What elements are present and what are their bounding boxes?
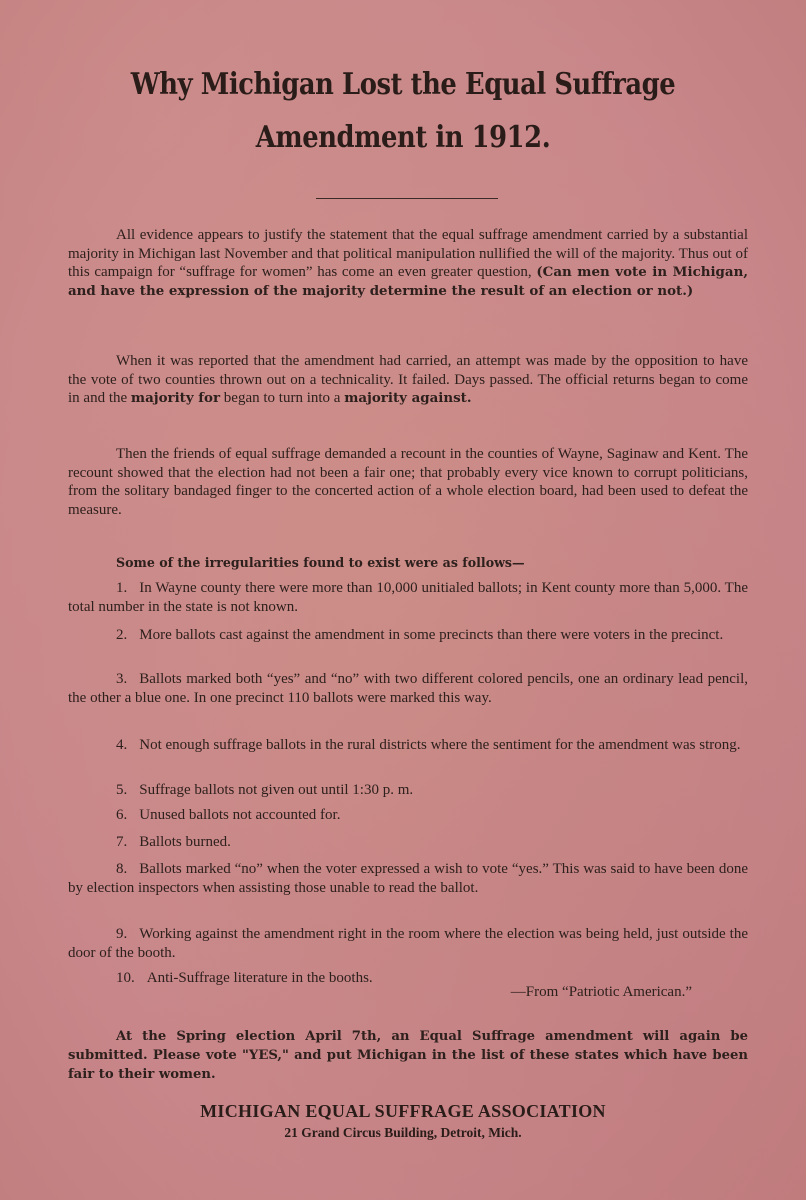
irregularity-number: 6. xyxy=(116,807,127,823)
irregularity-item: 7.Ballots burned. xyxy=(68,833,748,852)
irregularity-text: Working against the amendment right in t… xyxy=(68,926,748,961)
irregularity-item: 2.More ballots cast against the amendmen… xyxy=(68,626,748,645)
suffrage-broadside: Why Michigan Lost the Equal Suffrage Ame… xyxy=(0,0,806,1200)
title-divider xyxy=(316,198,498,199)
irregularity-text: Not enough suffrage ballots in the rural… xyxy=(139,737,740,753)
irregularity-item: 4.Not enough suffrage ballots in the rur… xyxy=(68,736,748,755)
majority-against: majority against. xyxy=(344,390,471,406)
organization-name: MICHIGAN EQUAL SUFFRAGE ASSOCIATION xyxy=(0,1101,806,1122)
title-line-2: Amendment in 1912. xyxy=(56,120,749,155)
opposition-text-2: began to turn into a xyxy=(220,390,344,406)
recount-text: Then the friends of equal suffrage deman… xyxy=(68,445,748,519)
title-line-1: Why Michigan Lost the Equal Suffrage xyxy=(56,67,749,102)
irregularity-item: 3.Ballots marked both “yes” and “no” wit… xyxy=(68,670,748,707)
majority-for: majority for xyxy=(131,390,220,406)
irregularity-text: Unused ballots not accounted for. xyxy=(139,807,340,823)
irregularity-item: 8.Ballots marked “no” when the voter exp… xyxy=(68,860,748,897)
irregularity-number: 2. xyxy=(116,627,127,643)
irregularity-number: 7. xyxy=(116,834,127,850)
closing-appeal: At the Spring election April 7th, an Equ… xyxy=(68,1027,748,1084)
irregularity-number: 10. xyxy=(116,970,135,986)
irregularity-number: 1. xyxy=(116,580,127,596)
irregularity-text: Ballots burned. xyxy=(139,834,231,850)
irregularity-number: 5. xyxy=(116,782,127,798)
irregularity-text: Ballots marked both “yes” and “no” with … xyxy=(68,671,748,706)
intro-paragraph: All evidence appears to justify the stat… xyxy=(68,226,748,300)
organization-address: 21 Grand Circus Building, Detroit, Mich. xyxy=(0,1125,806,1141)
irregularity-item: 10.Anti-Suffrage literature in the booth… xyxy=(68,969,748,988)
irregularity-number: 8. xyxy=(116,861,127,877)
irregularity-number: 4. xyxy=(116,737,127,753)
irregularity-item: 1.In Wayne county there were more than 1… xyxy=(68,579,748,616)
opposition-paragraph: When it was reported that the amendment … xyxy=(68,352,748,408)
irregularity-item: 9.Working against the amendment right in… xyxy=(68,925,748,962)
closing-text: At the Spring election April 7th, an Equ… xyxy=(68,1027,748,1084)
irregularity-text: In Wayne county there were more than 10,… xyxy=(68,580,748,615)
irregularity-text: Suffrage ballots not given out until 1:3… xyxy=(139,782,413,798)
irregularities-heading: Some of the irregularities found to exis… xyxy=(68,554,748,573)
irregularity-text: Ballots marked “no” when the voter expre… xyxy=(68,861,748,896)
irregularity-text: More ballots cast against the amendment … xyxy=(139,627,723,643)
irregularity-item: 5.Suffrage ballots not given out until 1… xyxy=(68,781,748,800)
recount-paragraph: Then the friends of equal suffrage deman… xyxy=(68,445,748,519)
irregularity-number: 9. xyxy=(116,926,127,942)
irregularities-lead: Some of the irregularities found to exis… xyxy=(68,554,748,573)
irregularity-number: 3. xyxy=(116,671,127,687)
irregularity-item: 6.Unused ballots not accounted for. xyxy=(68,806,748,825)
irregularity-text: Anti-Suffrage literature in the booths. xyxy=(147,970,373,986)
